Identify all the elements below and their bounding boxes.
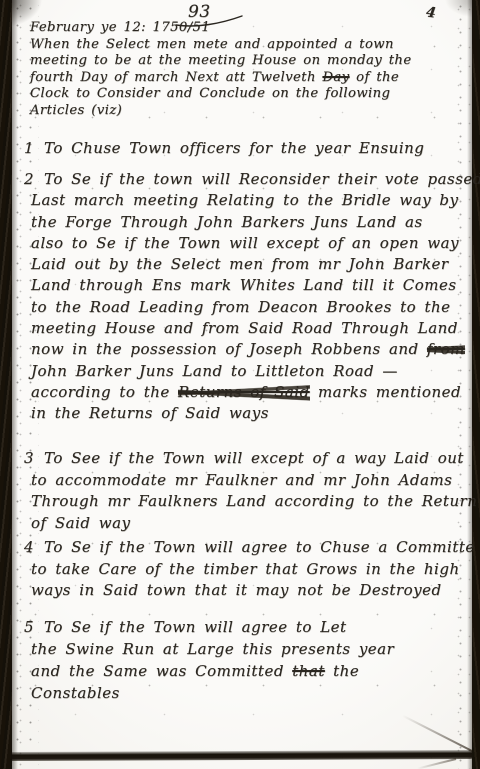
manuscript-paragraph-header: February ye 12: 1750/51When the Select m… xyxy=(30,20,467,120)
article-number: 4 xyxy=(24,537,37,559)
manuscript-paragraph-article3: 3To See if the Town will except of a way… xyxy=(24,448,467,534)
manuscript-line: ways in Said town that it may not be Des… xyxy=(24,580,467,602)
text-run: the Forge Through John Barkers Juns Land… xyxy=(31,213,423,231)
manuscript-line: meeting to be at the meeting House on mo… xyxy=(30,53,467,70)
manuscript-page-scan: 93 4 February ye 12: 1750/51When the Sel… xyxy=(0,0,480,769)
text-run: meeting to be at the meeting House on mo… xyxy=(30,53,412,68)
manuscript-line: 2To Se if the town will Reconsider their… xyxy=(24,169,467,190)
text-run: Land through Ens mark Whites Land till i… xyxy=(31,276,457,294)
text-run: Clock to Consider and Conclude on the fo… xyxy=(30,86,390,101)
manuscript-line: Laid out by the Select men from mr John … xyxy=(24,254,467,275)
page-crease xyxy=(402,715,474,753)
manuscript-line: to the Road Leading from Deacon Brookes … xyxy=(24,297,467,318)
text-run: When the Select men mete and appointed a… xyxy=(30,37,394,52)
text-run: ways in Said town that it may not be Des… xyxy=(31,581,442,599)
manuscript-paragraph-article4: 4To Se if the Town will agree to Chuse a… xyxy=(24,537,467,602)
manuscript-line: When the Select men mete and appointed a… xyxy=(30,37,467,54)
manuscript-line: John Barker Juns Land to Littleton Road … xyxy=(24,361,467,382)
manuscript-line: meeting House and from Said Road Through… xyxy=(24,318,467,339)
manuscript-line: of Said way xyxy=(24,513,467,535)
manuscript-line: the Swine Run at Large this presents yea… xyxy=(24,638,467,660)
text-run: according to the xyxy=(31,383,178,401)
text-run: To Chuse Town officers for the year Ensu… xyxy=(44,139,424,157)
page-bottom-edge-shadow xyxy=(5,750,477,761)
manuscript-line: now in the possession of Joseph Robbens … xyxy=(24,339,467,360)
struck-text: Returns of Said xyxy=(178,383,310,401)
manuscript-paragraph-article5: 5To Se if the Town will agree to Letthe … xyxy=(24,616,467,704)
text-run: meeting House and from Said Road Through… xyxy=(31,319,458,337)
manuscript-line: according to the Returns of Said marks m… xyxy=(24,382,467,403)
text-run: of the xyxy=(350,70,400,85)
text-run: to the Road Leading from Deacon Brookes … xyxy=(31,298,451,316)
manuscript-line: Through mr Faulkners Land according to t… xyxy=(24,491,467,513)
manuscript-line: Constables xyxy=(24,682,467,704)
article-number: 5 xyxy=(24,616,37,638)
text-run: To See if the Town will except of a way … xyxy=(44,449,464,467)
text-run: Through mr Faulkners Land according to t… xyxy=(31,492,477,510)
text-run: To Se if the Town will agree to Let xyxy=(44,618,347,636)
text-run: of Said way xyxy=(31,514,131,532)
manuscript-line: the Forge Through John Barkers Juns Land… xyxy=(24,212,467,233)
text-run: February ye 12: 1750/51 xyxy=(30,20,210,35)
struck-text: from xyxy=(427,340,465,358)
text-run: and the Same was Committed xyxy=(31,662,292,680)
article-number: 1 xyxy=(24,138,37,159)
manuscript-line: Last march meeting Relating to the Bridl… xyxy=(24,190,467,211)
text-run: John Barker Juns Land to Littleton Road … xyxy=(31,362,398,380)
manuscript-line: and the Same was Committed that the xyxy=(24,660,467,682)
scan-border-left xyxy=(0,0,12,769)
manuscript-line: fourth Day of march Next att Twelveth Da… xyxy=(30,70,467,87)
text-run: fourth Day of march Next att Twelveth xyxy=(30,70,322,85)
manuscript-line: in the Returns of Said ways xyxy=(24,403,467,424)
struck-text: Day xyxy=(322,70,349,85)
manuscript-paragraph-article1: 1To Chuse Town officers for the year Ens… xyxy=(24,138,467,159)
text-run: To Se if the town will Reconsider their … xyxy=(44,170,480,188)
manuscript-line: to take Care of the timber that Grows in… xyxy=(24,559,467,581)
text-run: now in the possession of Joseph Robbens … xyxy=(31,340,427,358)
text-run: marks mentioned xyxy=(310,383,461,401)
manuscript-line: to accommodate mr Faulkner and mr John A… xyxy=(24,470,467,492)
text-run: also to Se if the Town will except of an… xyxy=(31,234,459,252)
manuscript-line: Clock to Consider and Conclude on the fo… xyxy=(30,86,467,103)
text-run: Articles (viz) xyxy=(30,103,122,118)
text-run: Laid out by the Select men from mr John … xyxy=(31,255,449,273)
manuscript-line: 3To See if the Town will except of a way… xyxy=(24,448,467,470)
manuscript-line: 4To Se if the Town will agree to Chuse a… xyxy=(24,537,467,559)
article-number: 2 xyxy=(24,169,37,190)
scan-border-right xyxy=(472,0,480,769)
text-run: To Se if the Town will agree to Chuse a … xyxy=(44,538,475,556)
manuscript-line: Land through Ens mark Whites Land till i… xyxy=(24,275,467,296)
manuscript-line: 5To Se if the Town will agree to Let xyxy=(24,616,467,638)
page-number: 93 xyxy=(188,2,211,22)
text-run: in the Returns of Said ways xyxy=(31,404,269,422)
manuscript-line: also to Se if the Town will except of an… xyxy=(24,233,467,254)
manuscript-paragraph-article2: 2To Se if the town will Reconsider their… xyxy=(24,169,467,425)
text-run: Last march meeting Relating to the Bridl… xyxy=(31,191,458,209)
struck-text: that xyxy=(292,662,325,680)
text-run: to take Care of the timber that Grows in… xyxy=(31,560,460,578)
manuscript-line: Articles (viz) xyxy=(30,103,467,120)
manuscript-line: February ye 12: 1750/51 xyxy=(30,20,467,37)
article-number: 3 xyxy=(24,448,37,470)
text-run: the Swine Run at Large this presents yea… xyxy=(31,640,394,658)
text-run: to accommodate mr Faulkner and mr John A… xyxy=(31,471,452,489)
text-run: Constables xyxy=(31,684,120,702)
text-run: the xyxy=(325,662,359,680)
manuscript-line: 1To Chuse Town officers for the year Ens… xyxy=(24,138,467,159)
